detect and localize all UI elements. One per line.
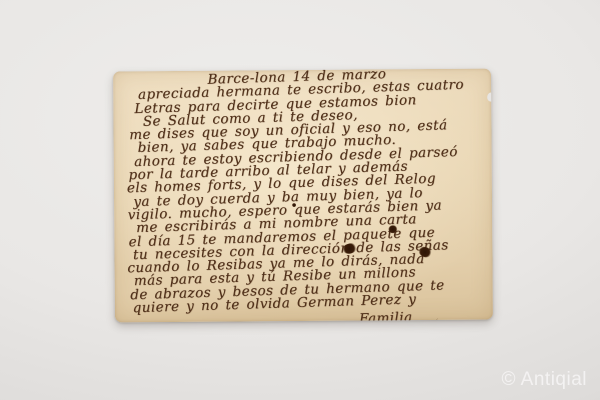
ink-blot [388,225,397,233]
copyright-watermark: © Antiqial [501,369,587,391]
postcard: Barce-lona 14 de marzo apreciada hermana… [113,69,493,323]
handwriting: Barce-lona 14 de marzo apreciada hermana… [121,69,489,323]
ink-blot [292,203,296,207]
photo-backdrop: Barce-lona 14 de marzo apreciada hermana… [0,0,600,400]
paper-nick [487,92,493,102]
letter-signature: Familia [353,311,439,323]
